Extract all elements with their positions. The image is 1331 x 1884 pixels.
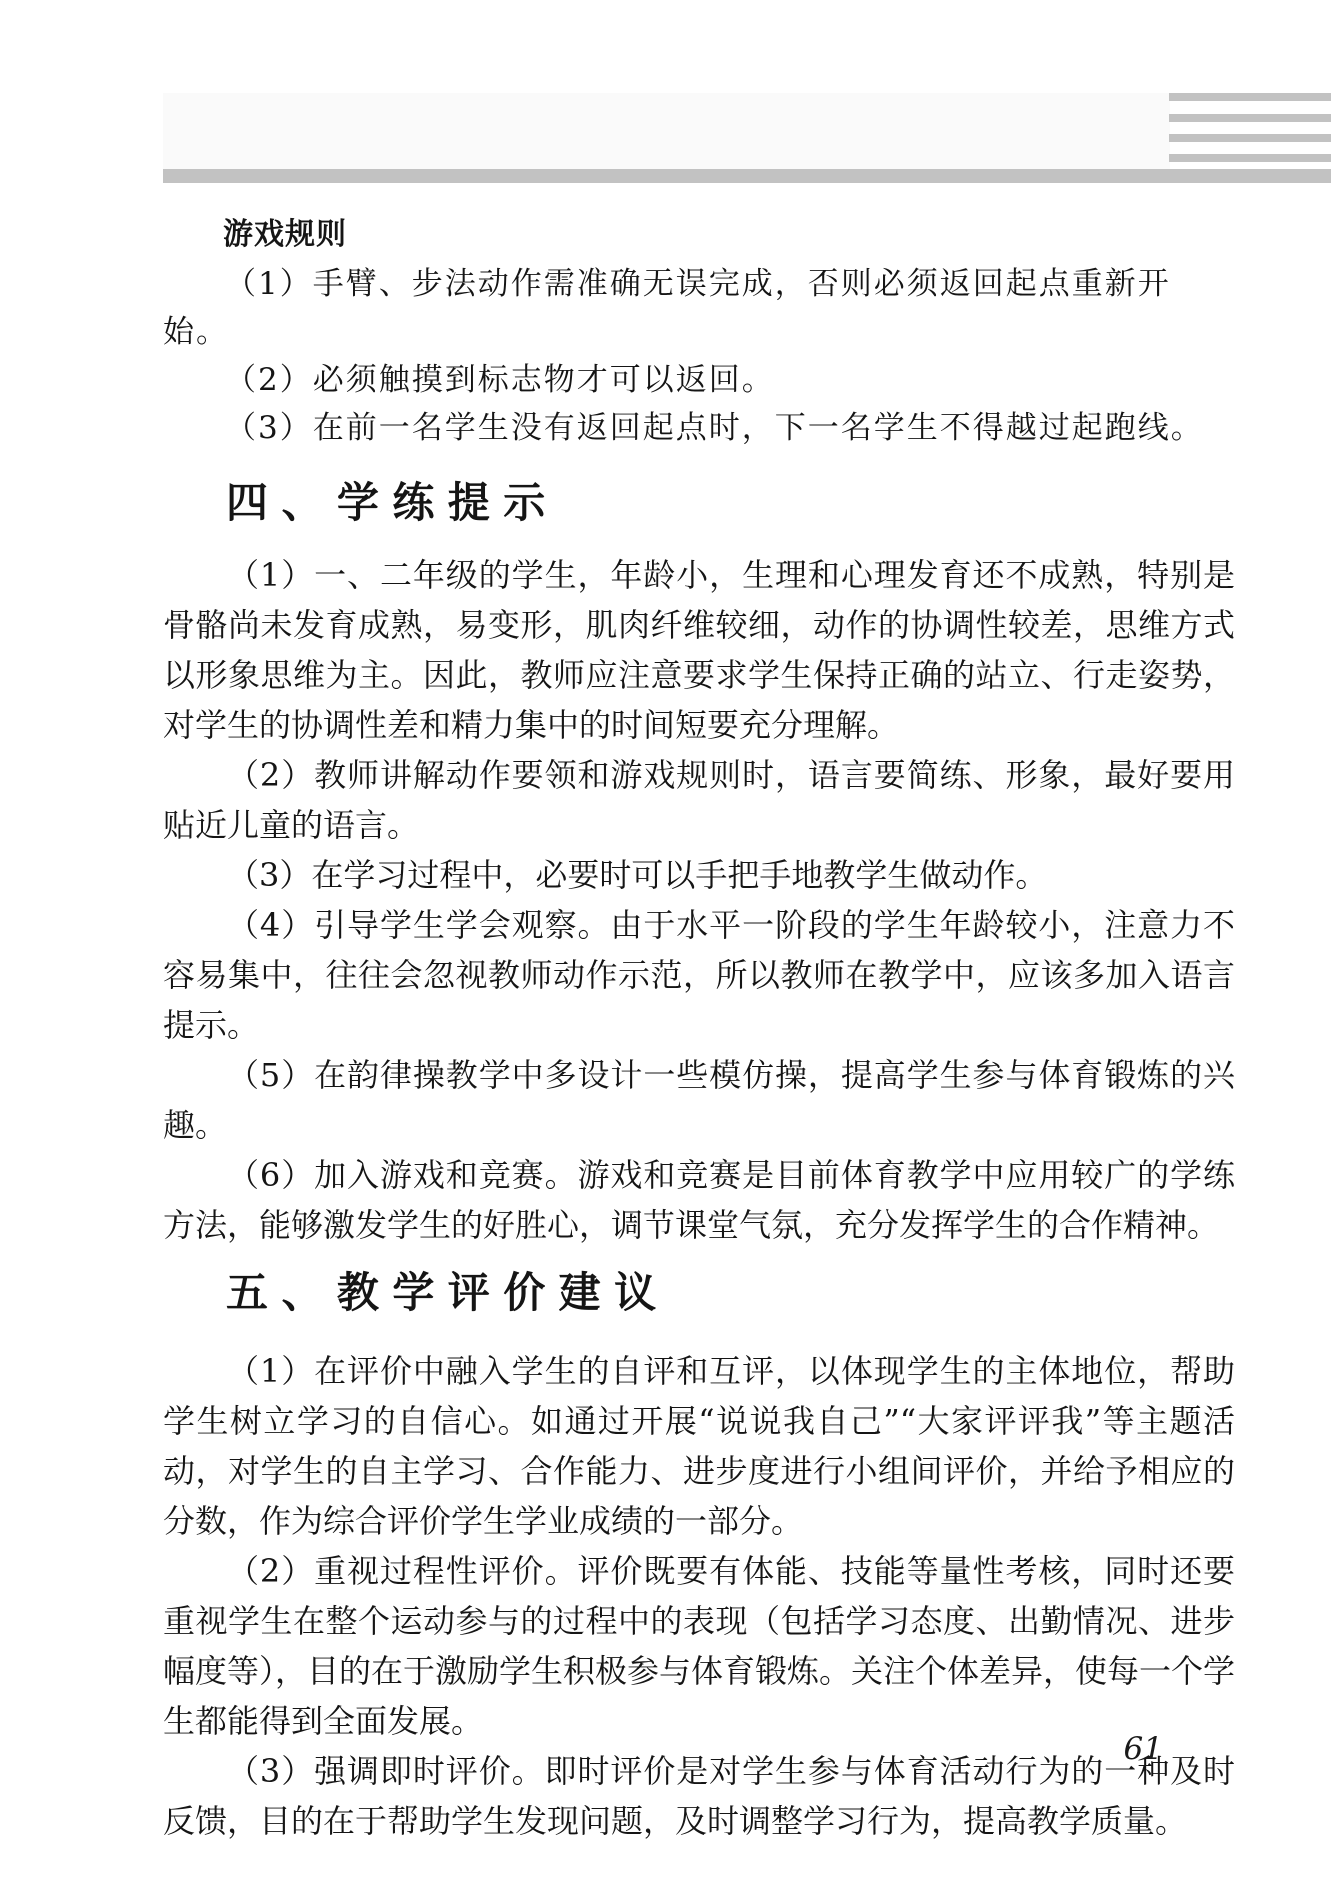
section-heading-learning-tips: 四、学练提示: [163, 478, 1235, 528]
paragraph: （6）加入游戏和竞赛。游戏和竞赛是目前体育教学中应用较广的学练方法，能够激发学生…: [163, 1150, 1235, 1250]
page-number: 61: [1124, 1732, 1163, 1766]
game-rules-title: 游戏规则: [163, 220, 1235, 250]
paragraph: （5）在韵律操教学中多设计一些模仿操，提高学生参与体育锻炼的兴趣。: [163, 1050, 1235, 1150]
paragraph: （4）引导学生学会观察。由于水平一阶段的学生年龄较小，注意力不容易集中，往往会忽…: [163, 900, 1235, 1050]
game-rule-item: （3）在前一名学生没有返回起点时，下一名学生不得越过起跑线。: [163, 404, 1235, 452]
paragraph: （1）一、二年级的学生，年龄小，生理和心理发育还不成熟，特别是骨骼尚未发育成熟，…: [163, 550, 1235, 750]
section-evaluation-advice-body: （1）在评价中融入学生的自评和互评，以体现学生的主体地位，帮助学生树立学习的自信…: [163, 1346, 1235, 1846]
paragraph: （2）教师讲解动作要领和游戏规则时，语言要简练、形象，最好要用贴近儿童的语言。: [163, 750, 1235, 850]
game-rule-item: （1）手臂、步法动作需准确无误完成，否则必须返回起点重新开始。: [163, 260, 1235, 356]
paragraph: （1）在评价中融入学生的自评和互评，以体现学生的主体地位，帮助学生树立学习的自信…: [163, 1346, 1235, 1546]
paragraph: （2）重视过程性评价。评价既要有体能、技能等量性考核，同时还要重视学生在整个运动…: [163, 1546, 1235, 1746]
game-rules-list: （1）手臂、步法动作需准确无误完成，否则必须返回起点重新开始。 （2）必须触摸到…: [163, 260, 1235, 452]
page-text-column: 游戏规则 （1）手臂、步法动作需准确无误完成，否则必须返回起点重新开始。 （2）…: [163, 0, 1235, 1846]
game-rule-item: （2）必须触摸到标志物才可以返回。: [163, 356, 1235, 404]
paragraph: （3）在学习过程中，必要时可以手把手地教学生做动作。: [163, 850, 1235, 900]
paragraph: （3）强调即时评价。即时评价是对学生参与体育活动行为的一种及时反馈，目的在于帮助…: [163, 1746, 1235, 1846]
section-heading-evaluation-advice: 五、教学评价建议: [163, 1268, 1235, 1318]
section-learning-tips-body: （1）一、二年级的学生，年龄小，生理和心理发育还不成熟，特别是骨骼尚未发育成熟，…: [163, 550, 1235, 1250]
